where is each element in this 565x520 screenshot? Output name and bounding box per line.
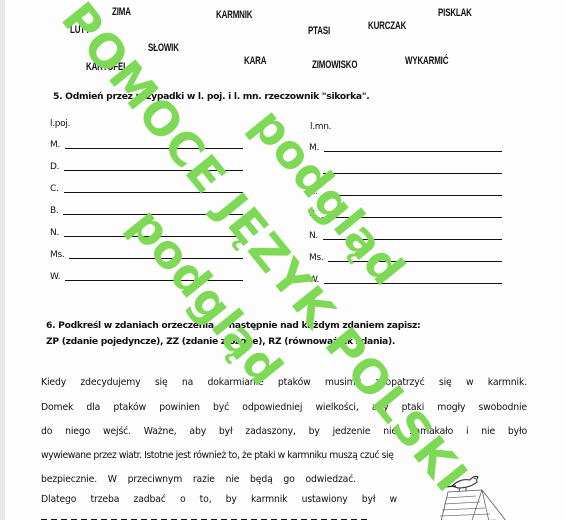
case-abbreviation: B.: [50, 205, 58, 217]
word-luty: LUTY: [70, 24, 90, 36]
plural-label: l.mn.: [310, 122, 331, 132]
task5-title: 5. Odmień przez przypadki w l. poj. i l.…: [53, 91, 370, 102]
answer-line[interactable]: [64, 192, 243, 193]
word-kurczak: KURCZAK: [368, 20, 406, 32]
case-abbreviation: W.: [50, 271, 60, 283]
singular-label: l.poj.: [50, 119, 70, 129]
case-abbreviation: M.: [50, 139, 60, 151]
paragraph-line: do niego wejść. Ważne, aby był zadaszony…: [41, 426, 527, 437]
word-pisklak: PISKLAK: [438, 7, 472, 19]
word-kartofel: KARTOFEL: [86, 61, 128, 73]
answer-line[interactable]: [65, 280, 243, 281]
answer-line[interactable]: [69, 258, 243, 259]
paragraph-line: Kiedy zdecydujemy się na dokarmianie pta…: [41, 377, 527, 388]
plural-case-row: Ms.: [309, 250, 502, 264]
word-kara: KARA: [244, 55, 266, 67]
answer-line[interactable]: [65, 148, 243, 149]
plural-case-row: D.: [309, 162, 502, 176]
singular-case-row: N.: [50, 225, 243, 239]
answer-line[interactable]: [323, 195, 502, 196]
case-abbreviation: Ms.: [309, 252, 323, 264]
answer-line[interactable]: [324, 151, 502, 152]
singular-case-row: M.: [50, 137, 243, 151]
paragraph-line: Domek dla ptaków powinien być odpowiedni…: [41, 402, 527, 413]
answer-line[interactable]: [323, 239, 502, 240]
paragraph-line: wywiewane przez wiatr. Istotne jest równ…: [41, 450, 527, 461]
case-abbreviation: D.: [50, 161, 59, 173]
plural-case-row: M.: [309, 140, 502, 154]
worksheet-page: ZIMA KARMNIK PISKLAK LUTY PTASI KURCZAK …: [0, 0, 565, 520]
answer-line[interactable]: [323, 173, 502, 174]
paragraph-line: bezpiecznie. W przeciwnym razie nie będą…: [41, 474, 356, 485]
left-border-strip: [0, 0, 5, 520]
singular-case-row: B.: [50, 203, 243, 217]
answer-line[interactable]: [328, 261, 502, 262]
plural-case-row: C.: [309, 184, 502, 198]
case-abbreviation: W.: [309, 274, 319, 286]
answer-line[interactable]: [63, 214, 243, 215]
word-zimowisko: ZIMOWISKO: [312, 59, 357, 71]
plural-case-row: W.: [309, 272, 502, 286]
answer-line[interactable]: [324, 283, 502, 284]
word-wykarmic: WYKARMIĆ: [405, 55, 448, 67]
plural-case-row: B.: [309, 206, 502, 220]
case-abbreviation: N.: [50, 227, 59, 239]
singular-case-row: C.: [50, 181, 243, 195]
word-karmnik: KARMNIK: [216, 9, 252, 21]
case-abbreviation: C.: [50, 183, 59, 195]
singular-case-row: W.: [50, 269, 243, 283]
word-zima: ZIMA: [112, 6, 131, 18]
plural-case-row: N.: [309, 228, 502, 242]
singular-case-row: Ms.: [50, 247, 243, 261]
task6-title-line2: ZP (zdanie pojedyncze), ZZ (zdanie złożo…: [46, 336, 395, 347]
case-abbreviation: N.: [309, 230, 318, 242]
word-ptasi: PTASI: [308, 25, 330, 37]
bird-feeder-icon: [430, 466, 525, 520]
paragraph-line-cutoff: [41, 513, 401, 520]
paragraph-line: Dlatego trzeba zadbać o to, by karmnik u…: [41, 494, 397, 505]
answer-line[interactable]: [64, 236, 243, 237]
case-abbreviation: Ms.: [50, 249, 64, 261]
word-slowik: SŁOWIK: [148, 42, 179, 54]
case-abbreviation: C.: [309, 186, 318, 198]
case-abbreviation: D.: [309, 164, 318, 176]
case-abbreviation: B.: [309, 208, 317, 220]
singular-case-row: D.: [50, 159, 243, 173]
case-abbreviation: M.: [309, 142, 319, 154]
task6-title-line1: 6. Podkreśl w zdaniach orzeczenia, a nas…: [46, 320, 420, 331]
answer-line[interactable]: [322, 217, 502, 218]
answer-line[interactable]: [64, 170, 243, 171]
